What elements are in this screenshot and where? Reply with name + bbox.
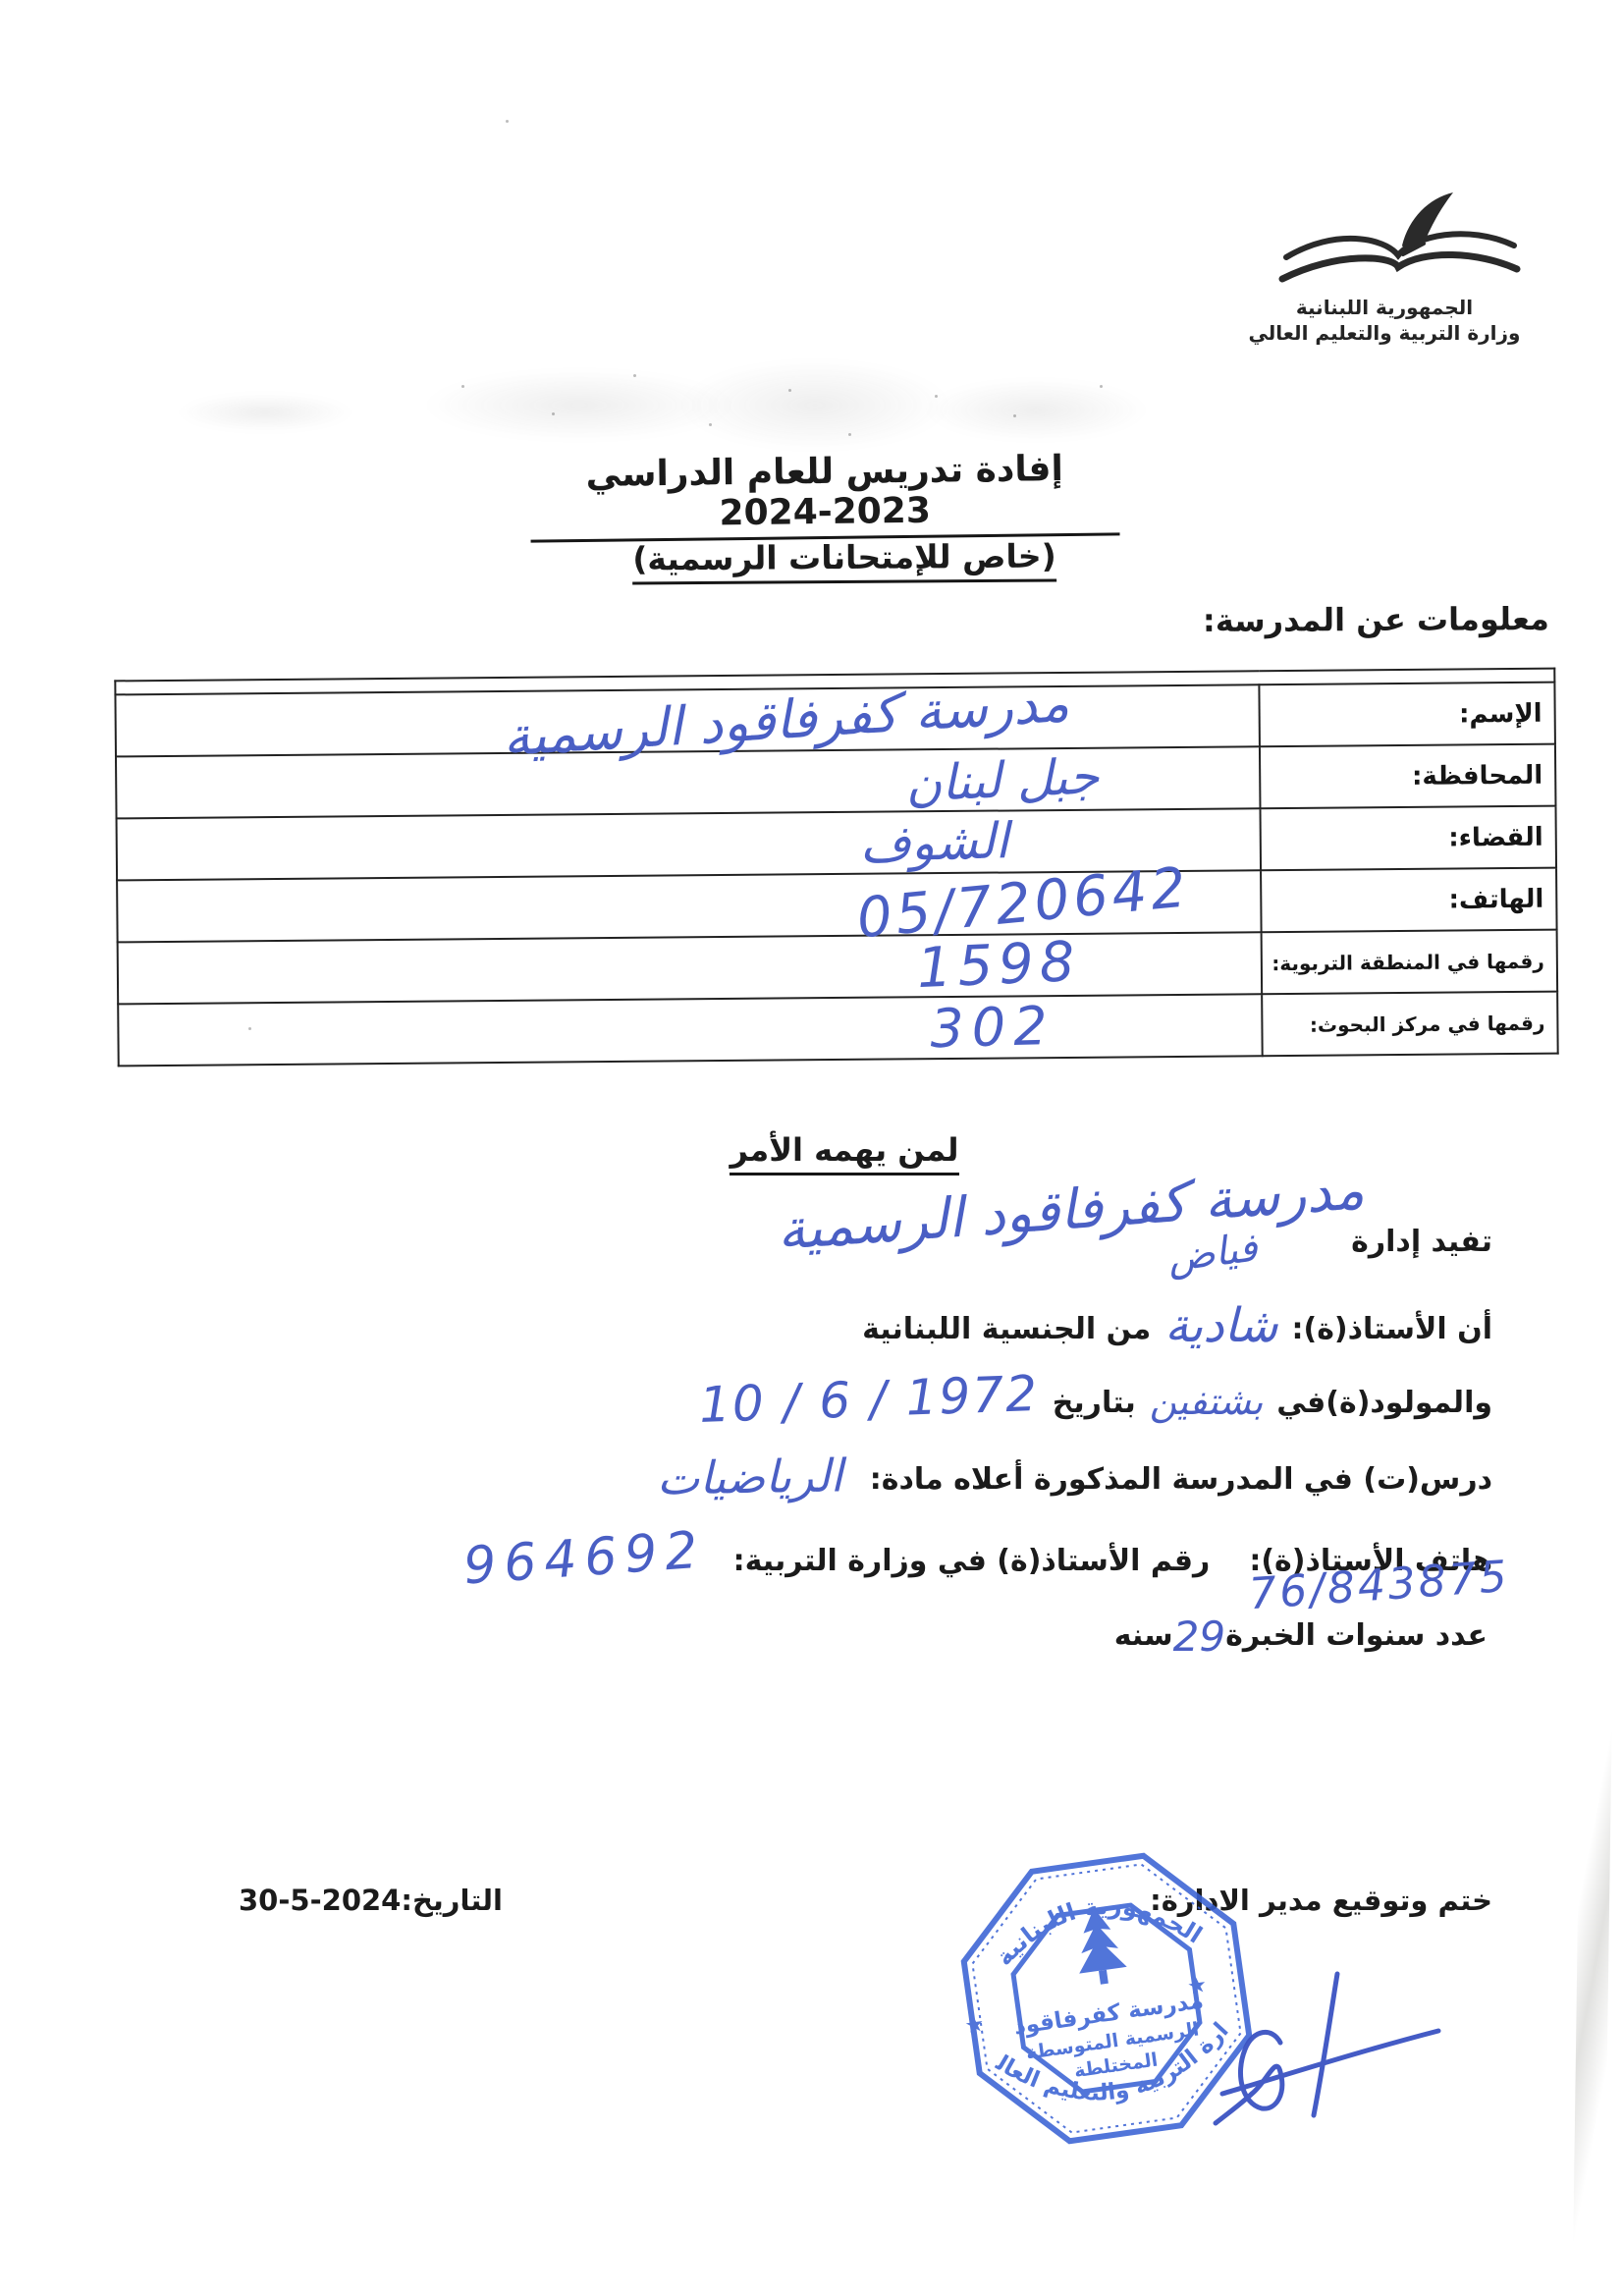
concern-heading-text: لمن يهمه الأمر	[730, 1131, 958, 1175]
subtitle-text: (خاص للإمتحانات الرسمية)	[632, 536, 1056, 584]
certify-label: تفيد إدارة	[1351, 1225, 1492, 1259]
years-unit: سنه	[1114, 1618, 1173, 1653]
concern-heading: لمن يهمه الأمر	[555, 1131, 1134, 1175]
scan-speck	[633, 374, 636, 377]
document-title: إفادة تدريس للعام الدراسي 2024-2023	[529, 448, 1119, 542]
handwritten-district-number: 1598	[916, 934, 1082, 996]
scan-speck	[1100, 385, 1103, 388]
handwritten-first-name: شادية	[1164, 1302, 1277, 1349]
handwritten-subject: الرياضيات	[656, 1452, 842, 1501]
teacher-name-line: أن الأستاذ(ة): شادية من الجنسية اللبناني…	[862, 1299, 1492, 1346]
experience-label: عدد سنوات الخبرة	[1225, 1618, 1488, 1653]
handwritten-district: الشوف	[859, 816, 1009, 869]
handwritten-experience-years: 29	[1173, 1616, 1225, 1658]
row-label-district: القضاء:	[1260, 806, 1556, 871]
certify-line: تفيد إدارة	[1351, 1225, 1492, 1259]
open-book-quill-icon	[1276, 189, 1522, 301]
ministry-logo-text: الجمهورية اللبنانية وزارة التربية والتعل…	[1217, 295, 1551, 346]
ministry-number-label: رقم الأستاذ(ة) في وزارة التربية:	[733, 1544, 1211, 1578]
taught-subject-label: درس(ت) في المدرسة المذكورة أعلاه مادة:	[870, 1462, 1492, 1497]
row-label-name: الإسم:	[1259, 683, 1555, 747]
row-label-governorate: المحافظة:	[1260, 744, 1556, 809]
school-info-heading: معلومات عن المدرسة:	[1203, 600, 1549, 639]
stamp-star-left: ★	[963, 2012, 986, 2040]
row-label-phone: الهاتف:	[1261, 868, 1557, 933]
title-text: إفادة تدريس للعام الدراسي	[585, 449, 1063, 495]
scan-speck	[848, 433, 851, 436]
scan-speck	[461, 385, 464, 388]
handwritten-school-name-body: مدرسة كفرفاقود الرسمية	[776, 1163, 1367, 1259]
scan-noise	[677, 358, 952, 452]
scan-speck	[788, 389, 791, 392]
experience-line: عدد سنوات الخبرة 29 سنه	[1114, 1611, 1488, 1653]
on-date-label: بتاريخ	[1053, 1386, 1136, 1420]
born-in-label: والمولود(ة)في	[1276, 1386, 1492, 1420]
scan-noise	[177, 393, 353, 432]
subject-line: درس(ت) في المدرسة المذكورة أعلاه مادة: ا…	[657, 1450, 1493, 1497]
row-label-research-number: رقمها في مركز البحوث:	[1262, 992, 1558, 1057]
table-row: رقمها في مركز البحوث: 302	[118, 992, 1557, 1066]
handwritten-birthplace: بشتفين	[1150, 1383, 1264, 1420]
logo-line-republic: الجمهورية اللبنانية	[1217, 295, 1551, 320]
birth-line: والمولود(ة)في بشتفين بتاريخ 10 / 6 / 197…	[699, 1371, 1492, 1420]
director-signature	[1208, 1956, 1453, 2128]
document-subtitle: (خاص للإمتحانات الرسمية)	[555, 536, 1134, 585]
document-date: التاريخ:2024-5-30	[239, 1884, 503, 1917]
teacher-label: أن الأستاذ(ة):	[1292, 1312, 1493, 1346]
scan-speck	[552, 412, 555, 415]
handwritten-research-number: 302	[930, 999, 1055, 1055]
logo-line-ministry: وزارة التربية والتعليم العالي	[1217, 320, 1551, 346]
academic-year: 2024-2023	[719, 491, 931, 534]
scan-speck	[709, 423, 712, 426]
scan-speck	[1013, 414, 1016, 417]
scan-speck	[506, 120, 509, 123]
handwritten-surname: فياض	[1165, 1229, 1260, 1279]
scanned-document-page: الجمهورية اللبنانية وزارة التربية والتعل…	[0, 0, 1623, 2296]
scan-edge-streak	[1572, 1662, 1612, 2296]
handwritten-birthdate: 10 / 6 / 1972	[698, 1369, 1039, 1430]
nationality-text: من الجنسية اللبنانية	[862, 1312, 1151, 1346]
scan-noise	[923, 378, 1149, 442]
school-info-table: الإسم: مدرسة كفرفاقود الرسمية المحافظة: …	[114, 668, 1558, 1067]
handwritten-governorate: جبل لبنان	[904, 751, 1100, 809]
scan-speck	[935, 395, 938, 398]
handwritten-ministry-number: 964692	[462, 1524, 708, 1592]
row-label-district-number: رقمها في المنطقة التربوية:	[1262, 930, 1558, 995]
